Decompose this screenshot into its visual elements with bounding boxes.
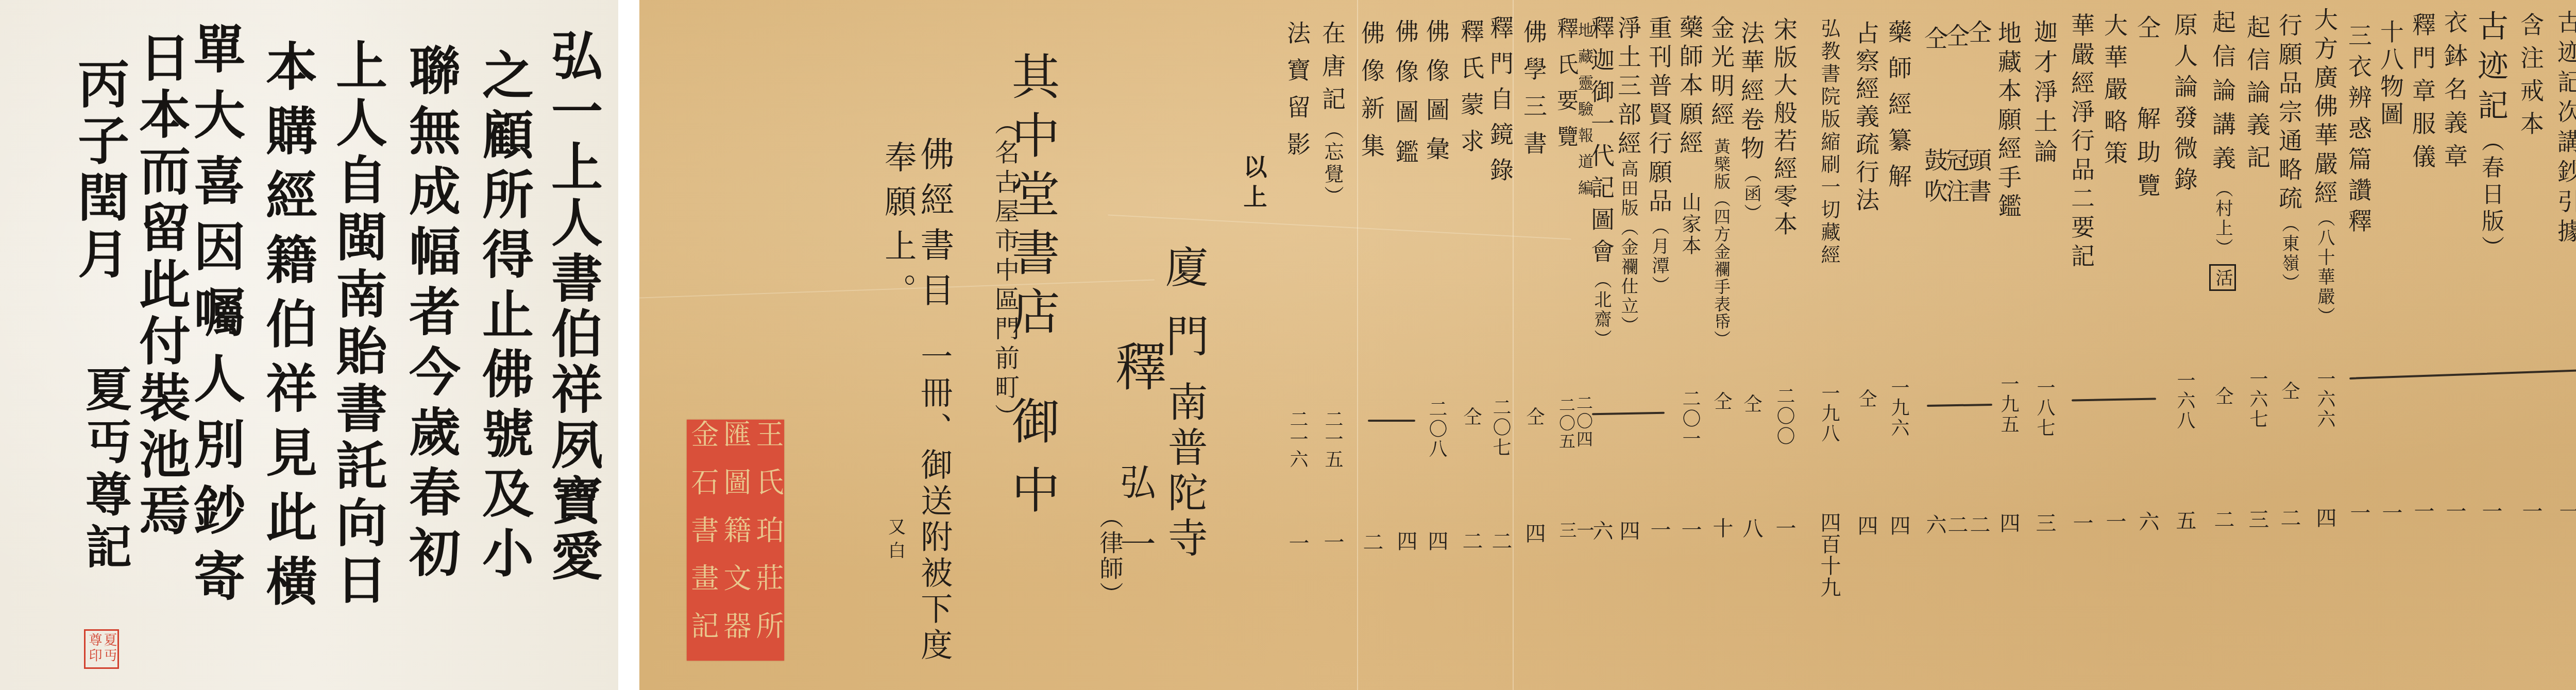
frontispiece-section: 弘一上人 買書帖 伯祥吾兄 屬題 葉紹鈞 玄翁弘亭 紹鈞 <box>0 0 2576 690</box>
